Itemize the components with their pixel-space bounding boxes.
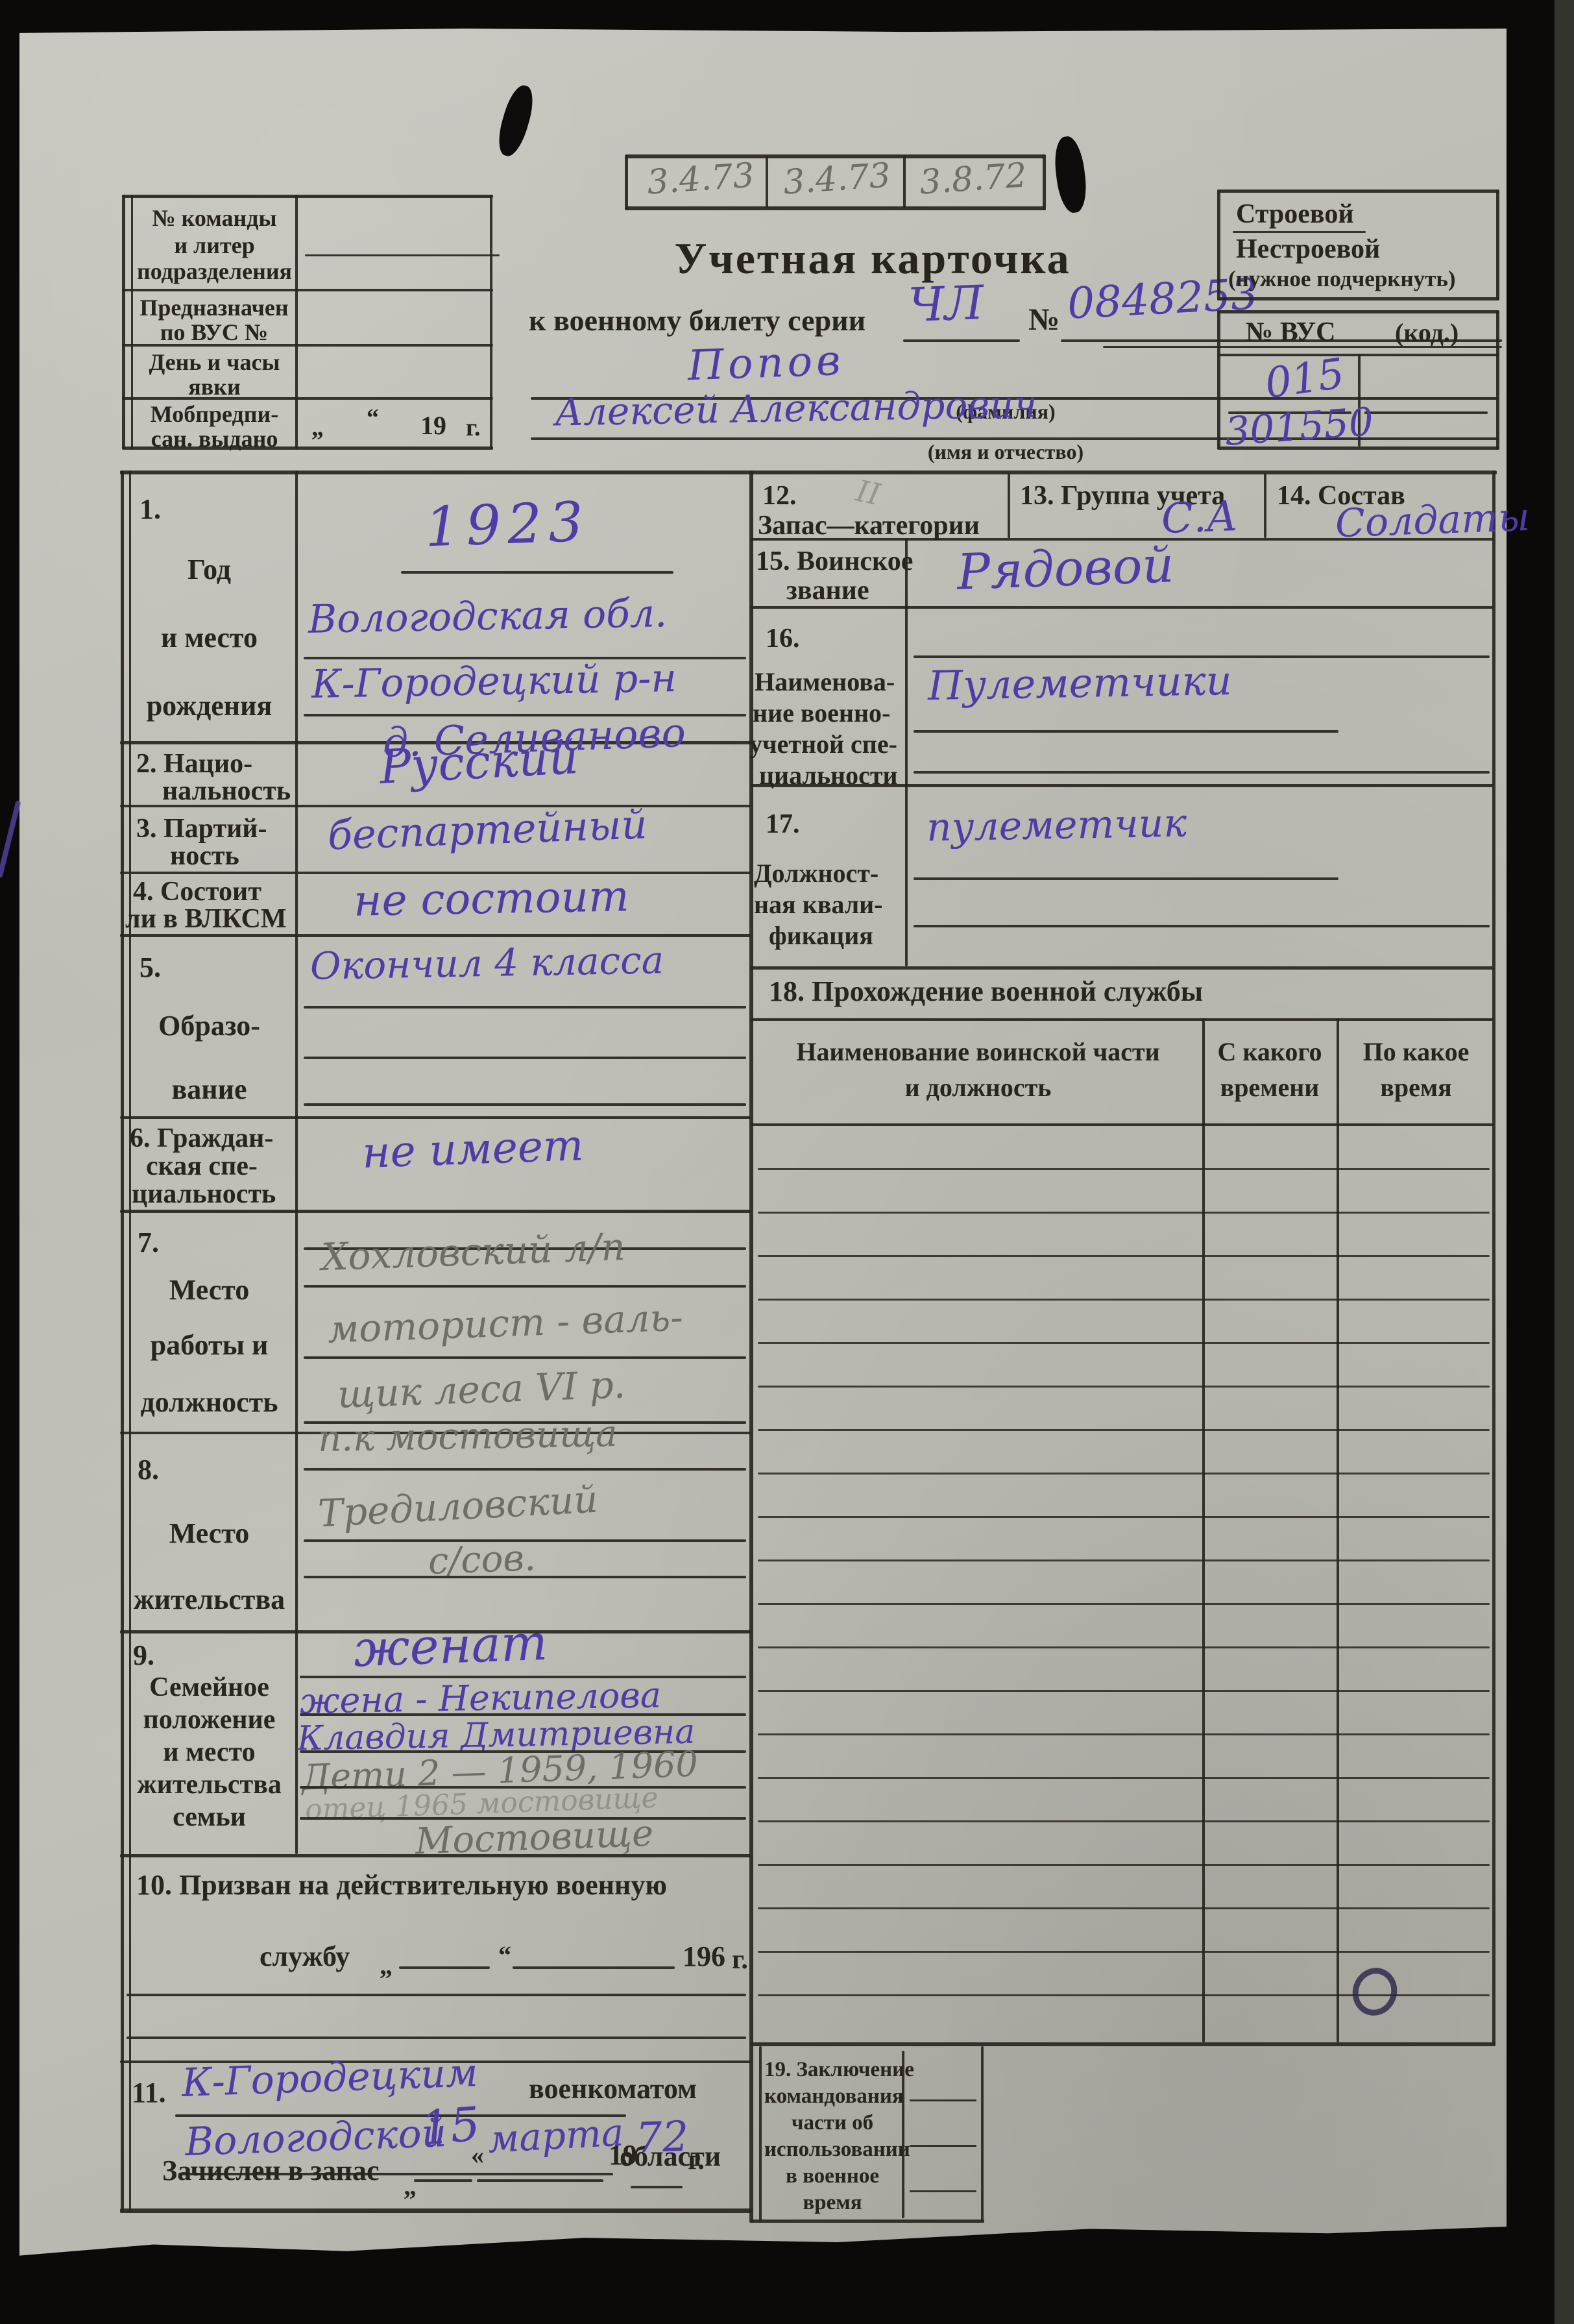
section-number: 9.	[133, 1641, 154, 1670]
ruled-line	[758, 1429, 1490, 1431]
section-number: 12.	[762, 482, 797, 510]
stamp-box-border	[903, 156, 906, 208]
grid-line	[1218, 297, 1499, 300]
ruled-line	[758, 1212, 1490, 1214]
field-label: Семейное	[123, 1673, 295, 1702]
stamp-date: 3.4.73	[638, 158, 763, 200]
grid-line	[120, 872, 751, 874]
field-label: явки	[135, 375, 294, 400]
grid-line	[1217, 310, 1220, 450]
vus-label: № ВУС	[1246, 318, 1335, 347]
field-label: и место	[123, 1738, 295, 1767]
grid-line	[1218, 190, 1499, 193]
composition-handwritten: Солдаты	[1335, 498, 1531, 543]
blank-line	[914, 730, 1338, 733]
grid-line	[1264, 473, 1266, 538]
blank-line	[910, 2099, 976, 2101]
blank-line	[513, 1966, 675, 1969]
grid-line	[981, 2046, 984, 2223]
ruled-line	[758, 1646, 1490, 1648]
table-header: и должность	[756, 1074, 1200, 1101]
ruled-line	[758, 1168, 1490, 1170]
table-header: С какого	[1205, 1038, 1334, 1066]
blank-line	[399, 1966, 490, 1969]
field-label: военкоматом	[529, 2074, 697, 2104]
grid-line	[120, 934, 751, 937]
quote-mark: „	[404, 2173, 417, 2200]
blank-line	[477, 2179, 603, 2182]
grid-line	[751, 2220, 984, 2223]
stamp-box-border	[625, 154, 628, 210]
field-label: жительства	[123, 1585, 295, 1615]
ruled-line	[758, 1777, 1490, 1779]
conclusion-label: командования	[764, 2085, 901, 2108]
blank-line	[127, 1994, 746, 1996]
nestroevoy-option: Нестроевой	[1236, 235, 1380, 263]
underline-note: (нужное подчеркнуть)	[1228, 267, 1455, 291]
enlist-month-handwritten: марта	[487, 2114, 625, 2159]
grid-line	[295, 195, 298, 449]
grid-line	[751, 2042, 1495, 2046]
commissariat-handwritten: К-Городецким	[181, 2053, 479, 2103]
section-number: 11.	[132, 2078, 166, 2108]
section-number: 17.	[766, 810, 800, 838]
field-label: жительства	[123, 1770, 295, 1799]
field-label: вание	[123, 1075, 295, 1105]
residence-handwritten: п.к мостовища	[318, 1416, 618, 1458]
field-label: ность	[170, 842, 239, 870]
grid-line	[751, 966, 1494, 970]
grid-line	[1337, 1018, 1339, 2042]
underline	[1233, 231, 1366, 233]
education-handwritten: Окончил 4 класса	[310, 941, 664, 985]
year-suffix: г.	[688, 2145, 705, 2175]
blank-line	[304, 1103, 746, 1106]
grid-line	[1218, 310, 1499, 313]
card-subtitle: к военному билету серии	[529, 305, 866, 336]
name-caption: (имя и отчество)	[863, 441, 1148, 463]
civil-specialty-handwritten: не имеет	[361, 1124, 585, 1175]
ruled-line	[758, 1255, 1490, 1257]
service-table-title: 18. Прохождение военной службы	[769, 977, 1203, 1007]
qualification-handwritten: пулеметчик	[926, 804, 1187, 848]
ruled-line	[758, 1342, 1490, 1344]
field-label: Запас—категории	[758, 511, 980, 540]
ruled-line	[758, 1907, 1490, 1909]
field-label: Зачислен в запас	[162, 2156, 379, 2186]
field-label: 2. Нацио-	[136, 750, 252, 778]
blank-line	[914, 771, 1490, 774]
blank-line	[305, 254, 500, 256]
stamp-date: 3.4.73	[774, 158, 899, 200]
grid-line	[1492, 471, 1495, 2044]
stamp-box-border	[626, 154, 1045, 158]
field-label: и место	[123, 623, 295, 653]
record-group-handwritten: С.А	[1161, 496, 1239, 540]
ruled-line	[758, 1299, 1490, 1301]
workplace-handwritten: Хохловский л/п	[321, 1228, 625, 1276]
field-label: 6. Граждан-	[130, 1124, 273, 1153]
number-sign: №	[1028, 304, 1059, 336]
workplace-handwritten: моторист - валь-	[327, 1298, 684, 1348]
grid-line	[1008, 473, 1010, 538]
field-label: циальность	[132, 1180, 276, 1208]
quote-mark: „	[380, 1952, 393, 1979]
ruled-line	[758, 1951, 1490, 1953]
grid-line	[120, 1210, 751, 1213]
blank-line	[1364, 411, 1488, 414]
quote-mark: “	[367, 406, 379, 432]
birth-year-handwritten: 1923	[424, 495, 591, 555]
vus-code-label: (код.)	[1395, 319, 1459, 347]
conclusion-label: части об	[764, 2112, 901, 2134]
field-label: сан. выдано	[135, 427, 294, 452]
table-header: По какое	[1340, 1038, 1492, 1066]
family-status-handwritten: Мостовище	[415, 1816, 654, 1861]
vus-value-1: 015	[1263, 353, 1347, 405]
blank-line	[401, 571, 673, 574]
field-label: семьи	[123, 1803, 295, 1831]
blank-line	[304, 1057, 746, 1059]
party-status-handwritten: беспартейный	[327, 804, 648, 855]
field-label: 4. Состоит	[133, 877, 261, 906]
field-label: звание	[786, 576, 869, 605]
vus-value-2: 301550	[1224, 402, 1375, 452]
grid-line	[751, 606, 1494, 609]
table-header: времени	[1205, 1074, 1334, 1101]
blank-line	[914, 877, 1338, 880]
card-title: Учетная карточка	[649, 236, 1096, 282]
section-number: 1.	[139, 495, 161, 524]
field-label: должность	[123, 1388, 295, 1417]
grid-line	[120, 1116, 751, 1119]
field-label: циальности	[759, 762, 898, 789]
stamp-box-border	[626, 206, 1045, 210]
grid-line	[490, 195, 492, 449]
blank-line	[304, 1006, 746, 1009]
ruled-line	[758, 1733, 1490, 1735]
blank-line	[304, 1576, 746, 1578]
grid-line	[905, 538, 908, 966]
blank-line	[127, 2037, 746, 2039]
grid-line	[122, 195, 493, 198]
section-number: 8.	[138, 1455, 159, 1485]
field-label: Мобпредпи-	[135, 402, 294, 427]
stamp-box-border	[766, 156, 768, 208]
series-handwritten: ЧЛ	[908, 279, 984, 328]
grid-line	[759, 2046, 762, 2221]
enlist-year-handwritten: 72	[635, 2116, 690, 2160]
quote-mark: «	[471, 2142, 484, 2169]
field-label: 10. Призван на действительную военную	[136, 1870, 667, 1900]
stroevoy-option: Строевой	[1236, 200, 1354, 228]
field-label: ли в ВЛКСМ	[125, 905, 287, 933]
vlksm-status-handwritten: не состоит	[353, 875, 629, 922]
grid-line	[122, 195, 125, 449]
section-number: 7.	[138, 1228, 159, 1258]
field-label: 15. Воинское	[756, 547, 913, 576]
nationality-handwritten: Русский	[378, 733, 579, 790]
field-label: фикация	[769, 922, 873, 949]
section-number: 5.	[139, 953, 161, 983]
grid-line	[751, 1123, 1494, 1126]
field-label: 3. Партий-	[136, 814, 267, 843]
field-label: № команды	[135, 206, 294, 231]
grid-line	[1496, 310, 1499, 450]
field-label: службу	[260, 1942, 350, 1972]
conclusion-label: в военное	[764, 2165, 901, 2188]
workplace-handwritten: щик леса VI р.	[337, 1365, 626, 1413]
grid-line	[1217, 190, 1220, 300]
year-prefix: 196	[683, 1942, 725, 1972]
blank-line	[304, 1285, 746, 1288]
blank-line	[903, 339, 1020, 342]
year-suffix: г.	[466, 415, 480, 441]
ruled-line	[758, 1560, 1490, 1561]
blank-line	[631, 2186, 683, 2188]
ruled-line	[758, 1473, 1490, 1474]
blank-line	[910, 2190, 976, 2192]
blank-line	[304, 1468, 746, 1471]
field-label: рождения	[123, 691, 295, 721]
conclusion-label: 19. Заключение	[764, 2059, 901, 2081]
field-label: Год	[123, 555, 295, 585]
grid-line	[1202, 1018, 1205, 2042]
surname-handwritten: Попов	[687, 340, 845, 387]
field-label: Должност-	[754, 860, 878, 887]
blank-line	[910, 2145, 976, 2147]
conclusion-label: время	[764, 2192, 901, 2214]
field-label: Место	[123, 1275, 295, 1305]
grid-line	[122, 289, 493, 291]
field-label: Наименова-	[755, 668, 895, 696]
rank-handwritten: Рядовой	[956, 540, 1175, 597]
field-label: Место	[123, 1519, 295, 1548]
scanned-military-card: 3.4.73 3.4.73 3.8.72 № команды и литер п…	[0, 0, 1574, 2324]
field-label: работы и	[123, 1330, 295, 1360]
ruled-line	[758, 1690, 1490, 1692]
field-label: нальность	[162, 777, 291, 805]
field-label: положение	[123, 1706, 295, 1734]
year-prefix: 19	[609, 2140, 637, 2170]
field-label: подразделения	[135, 260, 294, 284]
blank-line	[914, 925, 1490, 927]
family-status-handwritten: женат	[353, 1618, 548, 1674]
margin-ink-mark	[0, 800, 21, 878]
field-label: ная квали-	[754, 891, 883, 918]
field-label: Предназначен	[133, 296, 295, 321]
field-label: учетной спе-	[749, 731, 897, 758]
stamp-box-border	[1043, 154, 1046, 210]
conclusion-label: использовании	[764, 2138, 901, 2161]
specialty-handwritten: Пулеметчики	[927, 661, 1232, 706]
quote-mark: “	[498, 1942, 511, 1969]
ruled-line	[758, 1864, 1490, 1866]
year-prefix: 19	[420, 412, 446, 439]
grid-line	[120, 2208, 753, 2213]
ruled-line	[758, 1516, 1490, 1518]
stamp-date: 3.8.72	[910, 158, 1035, 200]
birth-place-handwritten: Вологодская обл.	[308, 594, 668, 639]
grid-line	[1496, 190, 1499, 300]
field-label: по ВУС №	[133, 321, 295, 345]
field-label: и литер	[135, 234, 294, 258]
grid-line	[120, 471, 1497, 474]
blank-line	[414, 2179, 472, 2182]
name-handwritten: Алексей Александрович	[555, 385, 1037, 432]
scan-edge	[1555, 0, 1574, 2324]
ruled-line	[758, 1386, 1490, 1388]
year-suffix: г.	[732, 1946, 748, 1974]
quote-mark: „	[311, 415, 324, 441]
birth-place-handwritten: К-Городецкий р-н	[311, 659, 677, 704]
blank-line	[304, 1356, 746, 1359]
ruled-line	[758, 1820, 1490, 1822]
grid-line	[751, 1018, 1494, 1021]
residence-handwritten: с/сов.	[428, 1540, 537, 1580]
field-label: Образо-	[123, 1011, 295, 1041]
grid-line	[295, 471, 298, 1854]
field-label: ская спе-	[146, 1152, 258, 1180]
table-header: Наименование воинской части	[756, 1038, 1200, 1066]
ruled-line	[758, 1603, 1490, 1605]
table-header: время	[1340, 1074, 1492, 1101]
section-number: 16.	[766, 624, 800, 653]
field-label: День и часы	[135, 350, 294, 375]
field-label: ние военно-	[753, 700, 890, 727]
